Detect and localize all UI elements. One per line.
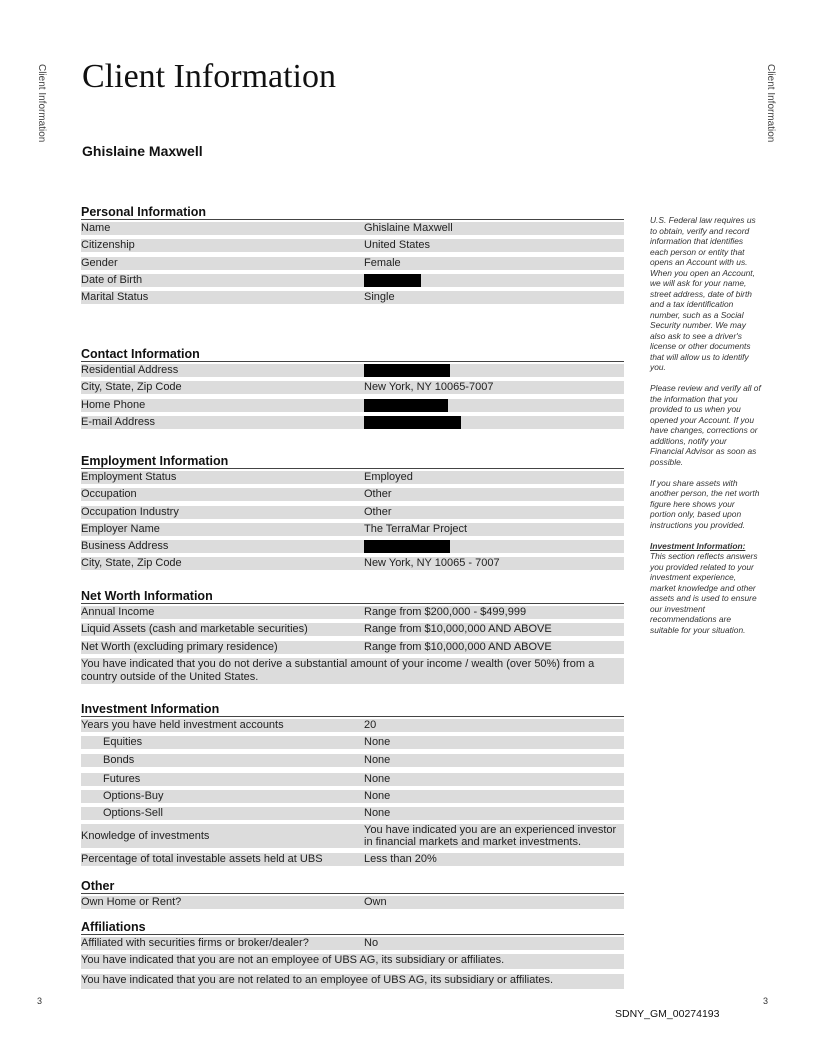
investment-information-section: Investment Information Years you have he… bbox=[81, 702, 624, 870]
table-row: Affiliated with securities firms or brok… bbox=[81, 937, 624, 950]
table-row: City, State, Zip CodeNew York, NY 10065 … bbox=[81, 557, 624, 570]
section-heading: Employment Information bbox=[81, 454, 624, 469]
table-row: Own Home or Rent?Own bbox=[81, 896, 624, 909]
note-review-verify: Please review and verify all of the info… bbox=[650, 383, 762, 467]
side-tab-right: Client Information bbox=[765, 64, 776, 142]
table-row: Marital StatusSingle bbox=[81, 291, 624, 304]
affiliations-section: Affiliations Affiliated with securities … bbox=[81, 920, 624, 993]
other-section: Other Own Home or Rent?Own bbox=[81, 879, 624, 913]
table-row: Business Address bbox=[81, 540, 624, 553]
note-federal-law: U.S. Federal law requires us to obtain, … bbox=[650, 215, 762, 373]
table-row: CitizenshipUnited States bbox=[81, 239, 624, 252]
table-row: Employment StatusEmployed bbox=[81, 471, 624, 484]
note-shared-assets: If you share assets with another person,… bbox=[650, 478, 762, 531]
employment-information-section: Employment Information Employment Status… bbox=[81, 454, 624, 575]
contact-information-section: Contact Information Residential Address … bbox=[81, 347, 624, 433]
table-row: Occupation IndustryOther bbox=[81, 506, 624, 519]
table-row: GenderFemale bbox=[81, 257, 624, 270]
side-tab-left: Client Information bbox=[36, 64, 47, 142]
client-name: Ghislaine Maxwell bbox=[82, 143, 203, 159]
table-row: City, State, Zip CodeNew York, NY 10065-… bbox=[81, 381, 624, 394]
redaction-box bbox=[364, 399, 448, 412]
table-row: Date of Birth bbox=[81, 274, 624, 287]
table-row: Annual IncomeRange from $200,000 - $499,… bbox=[81, 606, 624, 619]
table-row: Years you have held investment accounts2… bbox=[81, 719, 624, 732]
table-row: EquitiesNone bbox=[81, 736, 624, 749]
note-investment-information: Investment Information: This section ref… bbox=[650, 541, 762, 636]
section-heading: Investment Information bbox=[81, 702, 624, 717]
table-row: Options-BuyNone bbox=[81, 790, 624, 803]
table-row: NameGhislaine Maxwell bbox=[81, 222, 624, 235]
table-row: Home Phone bbox=[81, 399, 624, 412]
table-row: Options-SellNone bbox=[81, 807, 624, 820]
note-heading: Investment Information: bbox=[650, 541, 745, 551]
personal-information-section: Personal Information NameGhislaine Maxwe… bbox=[81, 205, 624, 308]
section-heading: Contact Information bbox=[81, 347, 624, 362]
statement-row: You have indicated that you are not rela… bbox=[81, 974, 624, 989]
table-row: Residential Address bbox=[81, 364, 624, 377]
section-heading: Personal Information bbox=[81, 205, 624, 220]
section-heading: Other bbox=[81, 879, 624, 894]
redaction-box bbox=[364, 540, 450, 553]
redaction-box bbox=[364, 416, 461, 429]
page-title: Client Information bbox=[82, 58, 336, 96]
section-heading: Affiliations bbox=[81, 920, 624, 935]
table-row: FuturesNone bbox=[81, 773, 624, 786]
page-number-left: 3 bbox=[37, 996, 42, 1006]
table-row: Percentage of total investable assets he… bbox=[81, 853, 624, 866]
table-row: Employer NameThe TerraMar Project bbox=[81, 523, 624, 536]
sidebar-notes: U.S. Federal law requires us to obtain, … bbox=[650, 215, 762, 646]
redaction-box bbox=[364, 364, 450, 377]
page-number-right: 3 bbox=[763, 996, 768, 1006]
table-row: Net Worth (excluding primary residence)R… bbox=[81, 641, 624, 654]
table-row: Knowledge of investmentsYou have indicat… bbox=[81, 824, 624, 848]
net-worth-information-section: Net Worth Information Annual IncomeRange… bbox=[81, 589, 624, 688]
statement-row: You have indicated that you do not deriv… bbox=[81, 658, 624, 684]
bates-number: SDNY_GM_00274193 bbox=[615, 1008, 719, 1020]
redaction-box bbox=[364, 274, 421, 287]
statement-row: You have indicated that you are not an e… bbox=[81, 954, 624, 969]
table-row: OccupationOther bbox=[81, 488, 624, 501]
section-heading: Net Worth Information bbox=[81, 589, 624, 604]
table-row: BondsNone bbox=[81, 754, 624, 767]
table-row: E-mail Address bbox=[81, 416, 624, 429]
table-row: Liquid Assets (cash and marketable secur… bbox=[81, 623, 624, 636]
